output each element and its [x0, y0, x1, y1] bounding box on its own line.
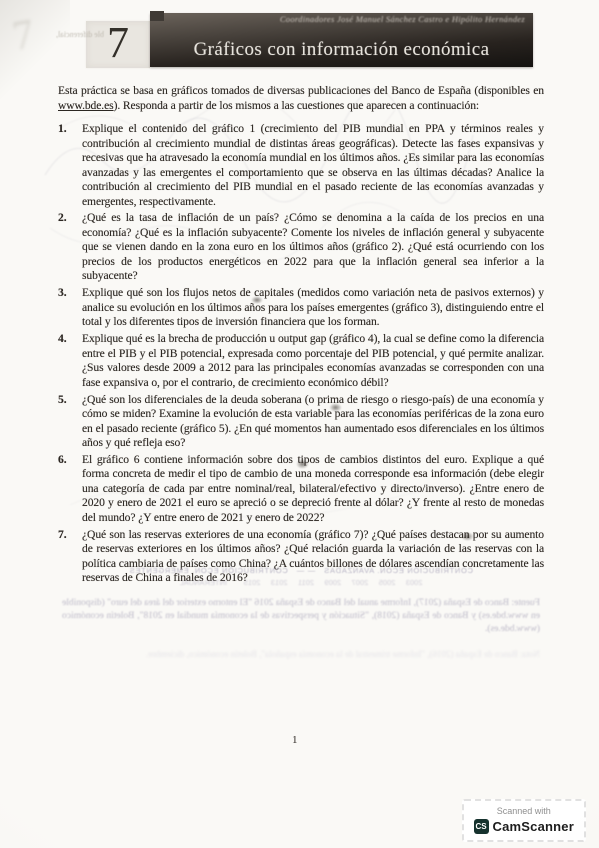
- question-item-2: 2. ¿Qué es la tasa de inflación de un pa…: [58, 211, 544, 284]
- question-text: ¿Qué son las reservas exteriores de una …: [82, 528, 544, 586]
- question-item-4: 4. Explique qué es la brecha de producci…: [58, 332, 544, 390]
- question-text: Explique el contenido del gráfico 1 (cre…: [82, 122, 544, 209]
- page-number: 1: [292, 734, 298, 746]
- question-text: Explique qué son los flujos netos de cap…: [82, 286, 544, 330]
- question-item-6: 6. El gráfico 6 contiene información sob…: [58, 453, 544, 526]
- intro-paragraph: Esta práctica se basa en gráficos tomado…: [58, 84, 544, 113]
- chapter-title: Gráficos con información económica: [150, 39, 533, 61]
- question-text: ¿Qué es la tasa de inflación de un país?…: [82, 211, 544, 284]
- chapter-title-banner: Coordinadores José Manuel Sánchez Castro…: [150, 13, 533, 67]
- question-text: Explique qué es la brecha de producción …: [82, 332, 544, 390]
- camscanner-brand-row: CS CamScanner: [474, 819, 574, 834]
- chapter-number-box: 7: [86, 21, 150, 68]
- question-number: 1.: [58, 122, 82, 209]
- question-number: 5.: [58, 393, 82, 451]
- question-list: 1. Explique el contenido del gráfico 1 (…: [58, 122, 544, 586]
- question-number: 2.: [58, 211, 82, 284]
- question-number: 6.: [58, 453, 82, 526]
- bleedthrough-source-text: Fuente: Banco de España (2017), Informe …: [62, 597, 540, 636]
- camscanner-badge: Scanned with CS CamScanner: [462, 799, 586, 842]
- question-text: El gráfico 6 contiene información sobre …: [82, 453, 544, 526]
- question-item-7: 7. ¿Qué son las reservas exteriores de u…: [58, 528, 544, 586]
- bleedthrough-faint-note: Nota: Banco de España (2016), "Informe t…: [62, 649, 540, 659]
- document-body: Esta práctica se basa en gráficos tomado…: [58, 84, 544, 588]
- coordinators-overline: Coordinadores José Manuel Sánchez Castro…: [280, 13, 525, 24]
- question-item-3: 3. Explique qué son los flujos netos de …: [58, 286, 544, 330]
- intro-text-pre: Esta práctica se basa en gráficos tomado…: [58, 84, 544, 97]
- question-number: 7.: [58, 528, 82, 586]
- scanned-with-label: Scanned with: [474, 806, 574, 816]
- chapter-number: 7: [107, 21, 129, 65]
- camscanner-logo-icon: CS: [474, 819, 489, 834]
- camscanner-brand-name: CamScanner: [493, 819, 574, 834]
- intro-text-post: ). Responda a partir de los mismos a las…: [114, 99, 479, 112]
- question-number: 4.: [58, 332, 82, 390]
- bde-url-text: www.bde.es: [58, 99, 114, 112]
- question-text: ¿Qué son los diferenciales de la deuda s…: [82, 393, 544, 451]
- question-number: 3.: [58, 286, 82, 330]
- bleedthrough-fragment: ble diferencial,: [56, 30, 104, 39]
- question-item-1: 1. Explique el contenido del gráfico 1 (…: [58, 122, 544, 209]
- scanned-document-page: 7 7 ble diferencial, Coordinadores José …: [0, 0, 599, 848]
- question-item-5: 5. ¿Qué son los diferenciales de la deud…: [58, 393, 544, 451]
